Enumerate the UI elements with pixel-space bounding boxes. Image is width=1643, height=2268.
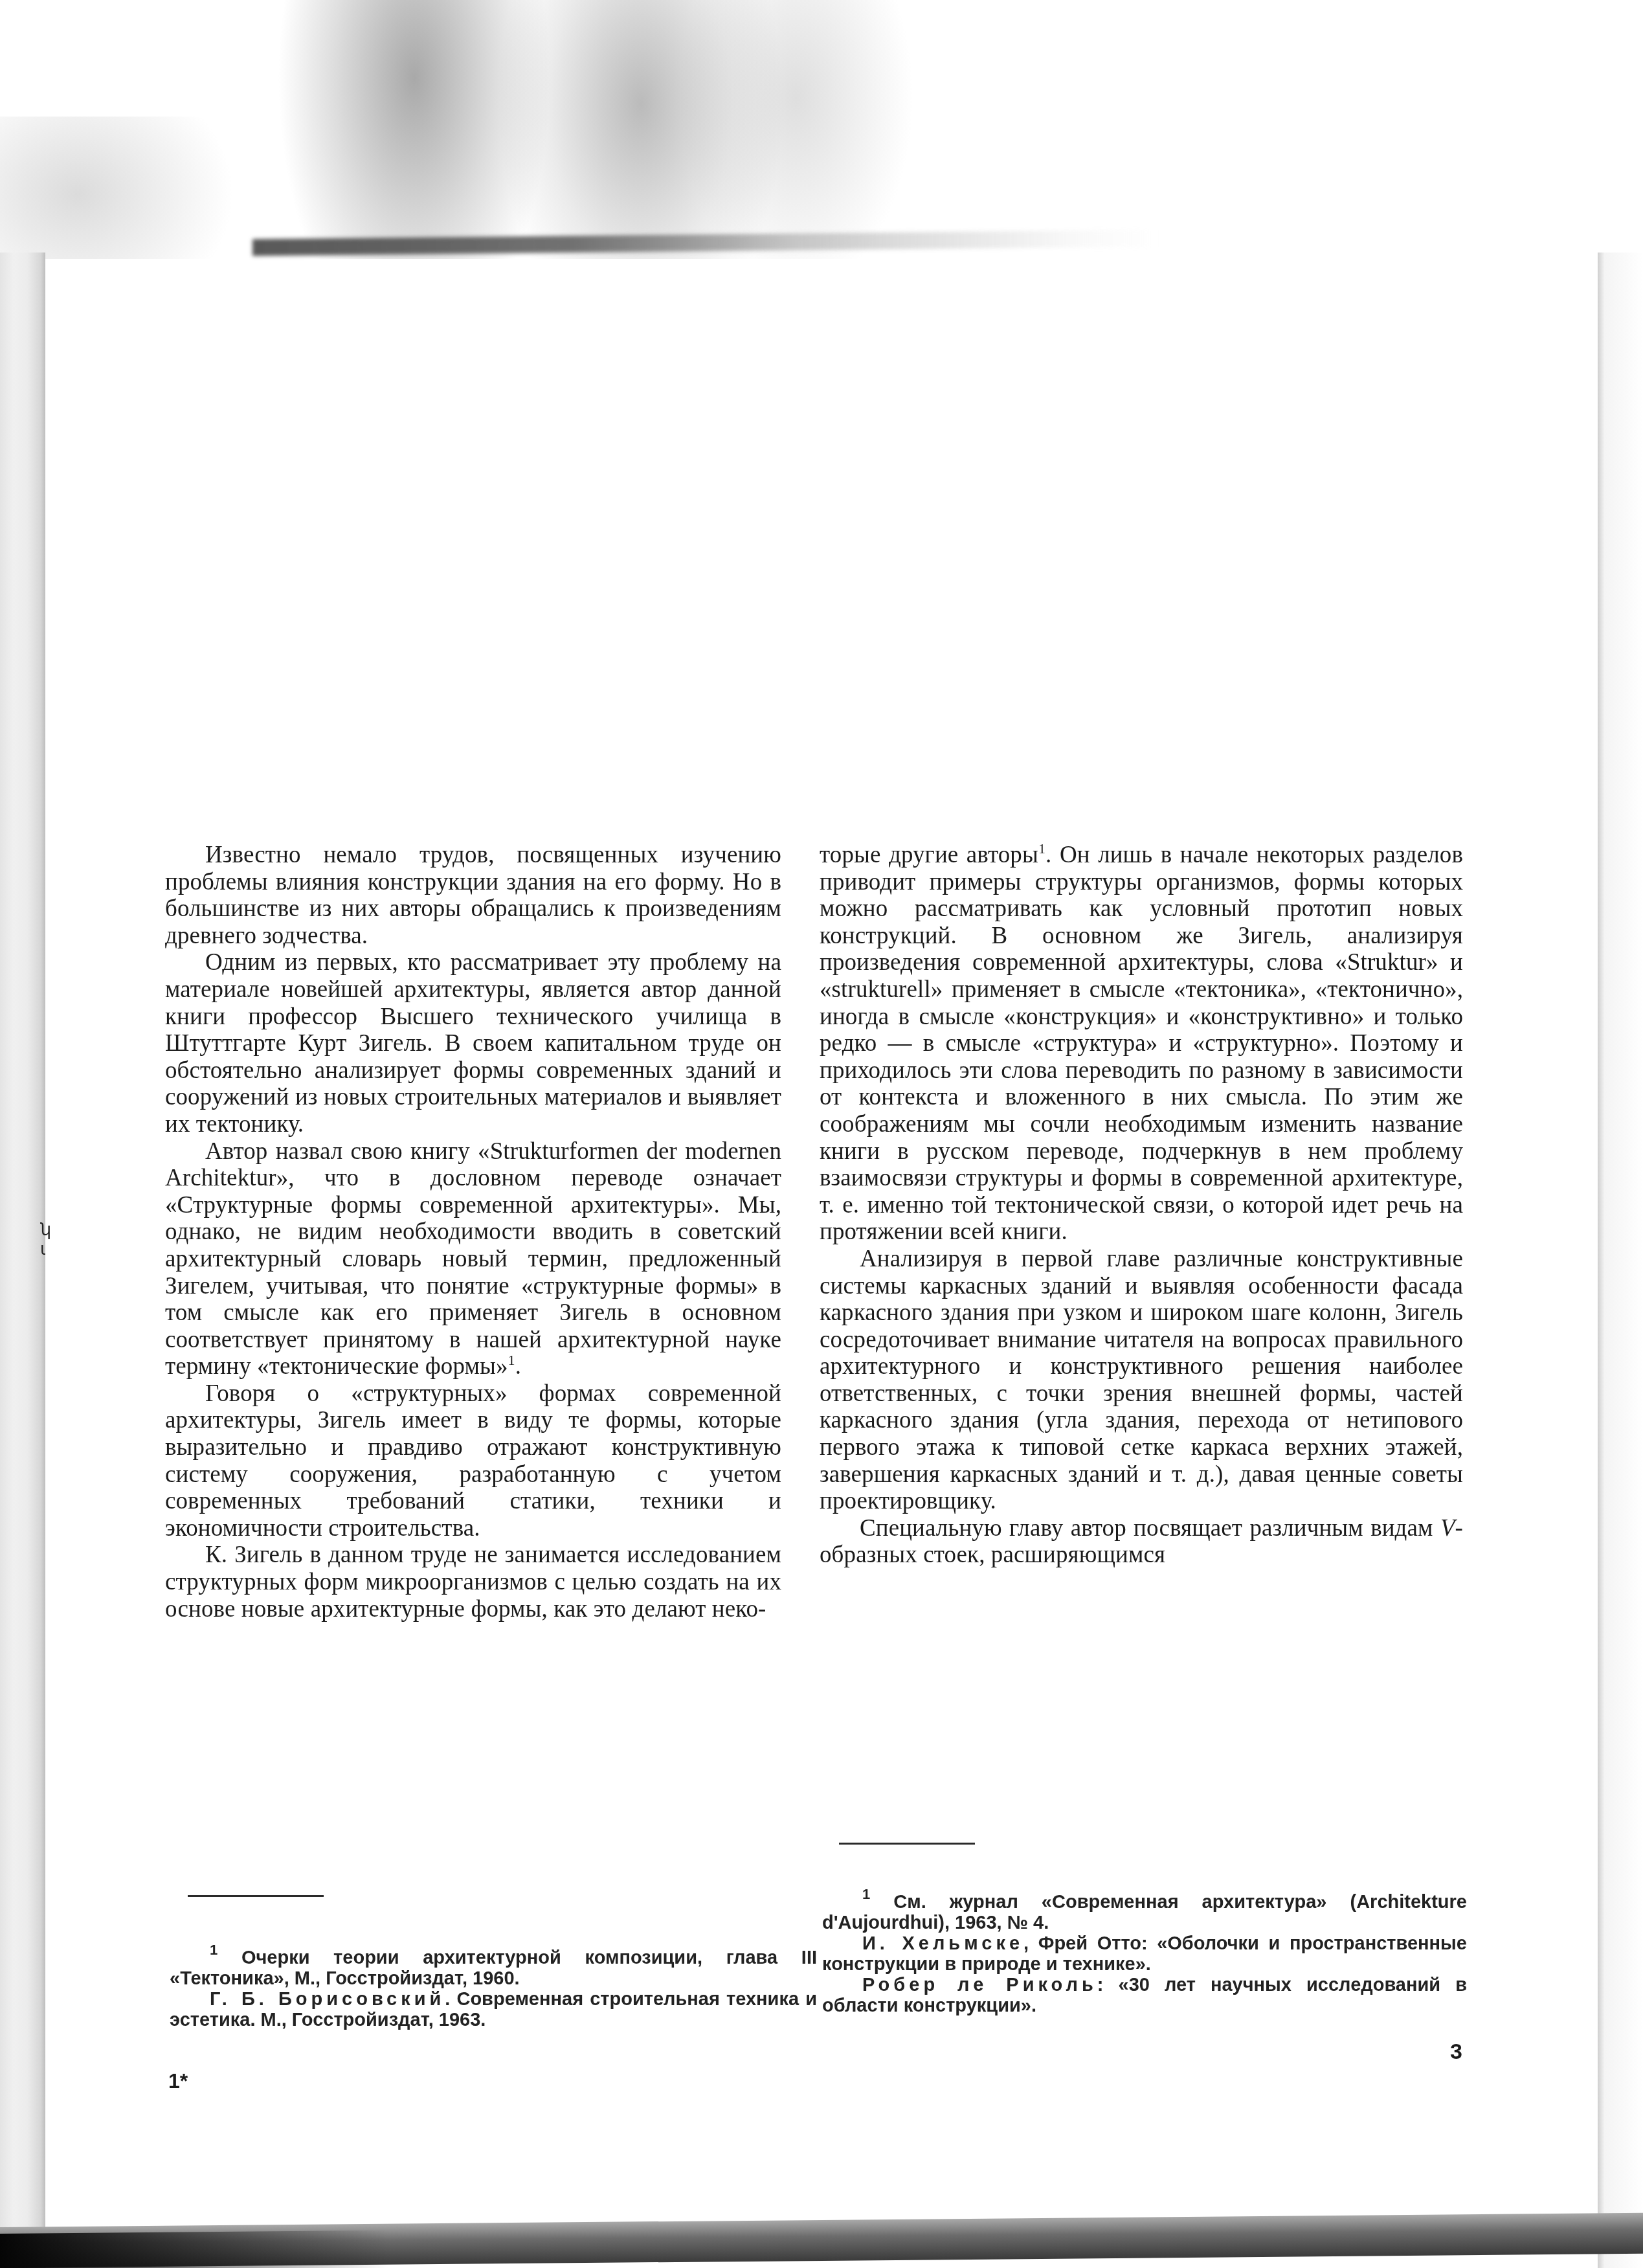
paragraph: Анализируя в первой главе различные конс…	[820, 1246, 1463, 1515]
page-right-edge	[1598, 253, 1643, 2268]
paragraph: Специальную главу автор посвящает различ…	[820, 1515, 1463, 1569]
paragraph: К. Зигель в данном труде не занимается и…	[165, 1542, 781, 1622]
footnote-separator-left	[188, 1895, 324, 1897]
paragraph-text: .	[515, 1353, 521, 1380]
paragraph-text: Автор назвал свою книгу «Strukturformen …	[165, 1138, 781, 1380]
footnote-text: См. журнал «Современная архитектура» (Ar…	[822, 1892, 1467, 1933]
footnote-separator-right	[839, 1843, 975, 1845]
footnote: Робер ле Риколь: «30 лет научных исследо…	[822, 1975, 1467, 2016]
paragraph-text: торые другие авторы	[820, 842, 1038, 868]
page-bottom-edge	[0, 2213, 1643, 2268]
footnote-ref: 1	[1038, 840, 1045, 857]
footnotes-right: 1 См. журнал «Современная архитектура» (…	[822, 1892, 1467, 2016]
paragraph-text: . Он лишь в начале некоторых разделов пр…	[820, 842, 1463, 1245]
footnote-author: И. Хельмске	[862, 1933, 1023, 1954]
footnote-author: Робер ле Риколь	[862, 1975, 1097, 1995]
paragraph: Говоря о «структурных» формах современно…	[165, 1380, 781, 1542]
italic-letter: V	[1440, 1515, 1455, 1542]
footnote: Г. Б. Борисовский. Современная строитель…	[170, 1989, 817, 2030]
paragraph-continued: торые другие авторы1. Он лишь в начале н…	[820, 842, 1463, 1246]
binding-strip	[0, 253, 45, 2268]
footnote: 1 Очерки теории архитектурной композиции…	[170, 1948, 817, 1989]
margin-pencil-mark: ʮɩ	[40, 1220, 66, 1259]
footnote-author: Г. Б. Борисовский	[210, 1989, 445, 2010]
footnote-marker: 1	[210, 1942, 218, 1958]
footnote: И. Хельмске, Фрей Отто: «Оболочки и прос…	[822, 1933, 1467, 1975]
scan-shadow-top-left	[0, 117, 233, 259]
text-column-left: Известно немало трудов, посвященных изуч…	[165, 842, 781, 1622]
scan-shadow-top	[240, 0, 1016, 259]
page-number: 3	[1450, 2039, 1462, 2065]
footnotes-left: 1 Очерки теории архитектурной композиции…	[170, 1948, 817, 2030]
paragraph: Одним из первых, кто рассматривает эту п…	[165, 949, 781, 1138]
text-column-right: торые другие авторы1. Он лишь в начале н…	[820, 842, 1463, 1569]
paragraph: Автор назвал свою книгу «Strukturformen …	[165, 1138, 781, 1380]
signature-mark: 1*	[168, 2069, 188, 2093]
footnote: 1 См. журнал «Современная архитектура» (…	[822, 1892, 1467, 1933]
footnote-marker: 1	[862, 1886, 870, 1902]
paragraph-text: Специальную главу автор посвящает различ…	[860, 1515, 1440, 1542]
paragraph: Известно немало трудов, посвященных изуч…	[165, 842, 781, 949]
footnote-text: Очерки теории архитектурной композиции, …	[170, 1948, 817, 1989]
footnote-ref: 1	[508, 1352, 515, 1368]
